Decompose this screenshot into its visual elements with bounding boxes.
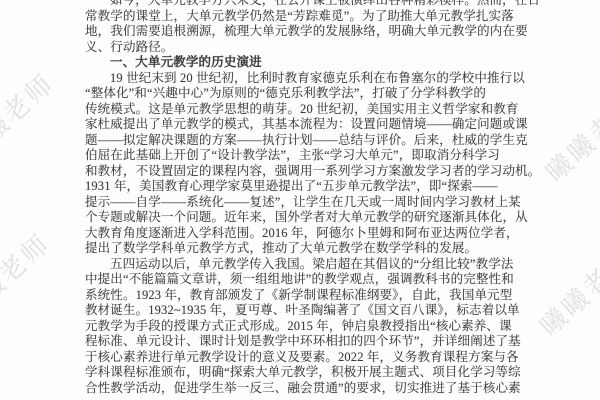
text-line: 地，我们需要追根溯源，梳理大单元教学的发展脉络，明确大单元教学的内在要 bbox=[85, 24, 543, 40]
text-line: 系统性。1923 年，教育部颁发了《新学制课程标准纲要》，自此，我国单元型 bbox=[85, 288, 543, 304]
text-line: 19 世纪末到 20 世纪初，比利时教育家德克乐利在布鲁塞尔的学校中推行以 bbox=[85, 71, 543, 87]
text-line: 大教育角度逐渐进入学科范围。2016 年，阿德尔卜里姆和阿布亚达两位学者， bbox=[85, 226, 543, 242]
text-line: 中提出“不能篇篇文章讲，须一组组地讲”的教学观点，强调教科书的完整性和 bbox=[85, 272, 543, 288]
text-line: 1931 年，美国教育心理学家莫里逊提出了“五步单元教学法”，即“探索—— bbox=[85, 179, 543, 195]
text-line: 题——拟定解决课题的方案——执行计划——总结与评价。后来，杜威的学生克 bbox=[85, 133, 543, 149]
text-line: 学科课程标准颁布，明确“探索大单元教学，积极开展主题式、项目化学习等综 bbox=[85, 365, 543, 381]
text-line: “整体化”和“兴趣中心”为原则的“德克乐利教学法”，打破了分学科教学的 bbox=[85, 86, 543, 102]
text-line: 提示——自学——系统化——复述”，让学生在几天或一周时间内学习教材上某 bbox=[85, 195, 543, 211]
text-line: 伯屈在此基础上开创了“设计教学法”，主张“学习大单元”，即取消分科学习 bbox=[85, 148, 543, 164]
watermark: 曦曦老师 bbox=[0, 224, 57, 329]
text-line: 元教学为手段的授课方式正式形成。2015 年，钟启泉教授指出“核心素养、课 bbox=[85, 319, 543, 335]
text-line: 程标准、单元设计、课时计划是教学中环环相扣的四个环节”，并详细阐述了基 bbox=[85, 334, 543, 350]
text-line: 传统模式。这是单元教学思想的萌芽。20 世纪初，美国实用主义哲学家和教育 bbox=[85, 102, 543, 118]
text-line: 合性教学活动，促进学生举一反三、融会贯通”的要求，切实推进了基于核心素 bbox=[85, 381, 543, 397]
text-line: 常教学的课堂上，大单元教学仍然是“芳踪难觅”。为了助推大单元教学扎实落 bbox=[85, 9, 543, 25]
text-line: 义、行动路径。 bbox=[85, 40, 543, 56]
text-line: 提出了数学学科单元教学方式，推动了大单元教学在数学学科的发展。 bbox=[85, 241, 543, 257]
watermark: 曦曦老师 bbox=[537, 84, 600, 189]
document-lines: 如今，大单元教学方兴未艾，在公开课上被演绎出各种精彩模样。然而，在日常教学的课堂… bbox=[85, 0, 543, 396]
watermark: 曦曦老师 bbox=[0, 64, 61, 169]
text-line: 个专题或解决一个问题。近年来，国外学者对大单元教学的研究逐渐具体化，从 bbox=[85, 210, 543, 226]
section-heading: 一、大单元教学的历史演进 bbox=[85, 55, 543, 71]
text-line: 和教材，不设置固定的课程内容，强调用一系列学习方案激发学习者的学习动机。 bbox=[85, 164, 543, 180]
text-line: 于核心素养进行单元教学设计的意义及要素。2022 年，义务教育课程方案与各 bbox=[85, 350, 543, 366]
text-line: 家杜威提出了单元教学的模式，其基本流程为：设置问题情境——确定问题或课 bbox=[85, 117, 543, 133]
text-line: 如今，大单元教学方兴未艾，在公开课上被演绎出各种精彩模样。然而，在日 bbox=[85, 0, 543, 9]
document-page: 曦曦老师 曦曦老师 曦曦老师 曦曦老师 如今，大单元教学方兴未艾，在公开课上被演… bbox=[0, 0, 600, 400]
text-line: 教材诞生。1932~1935 年，夏丏尊、叶圣陶编著了《国文百八课》，标志着以单 bbox=[85, 303, 543, 319]
text-line: 五四运动以后，单元教学传入我国。梁启超在其倡议的“分组比较”教学法 bbox=[85, 257, 543, 273]
